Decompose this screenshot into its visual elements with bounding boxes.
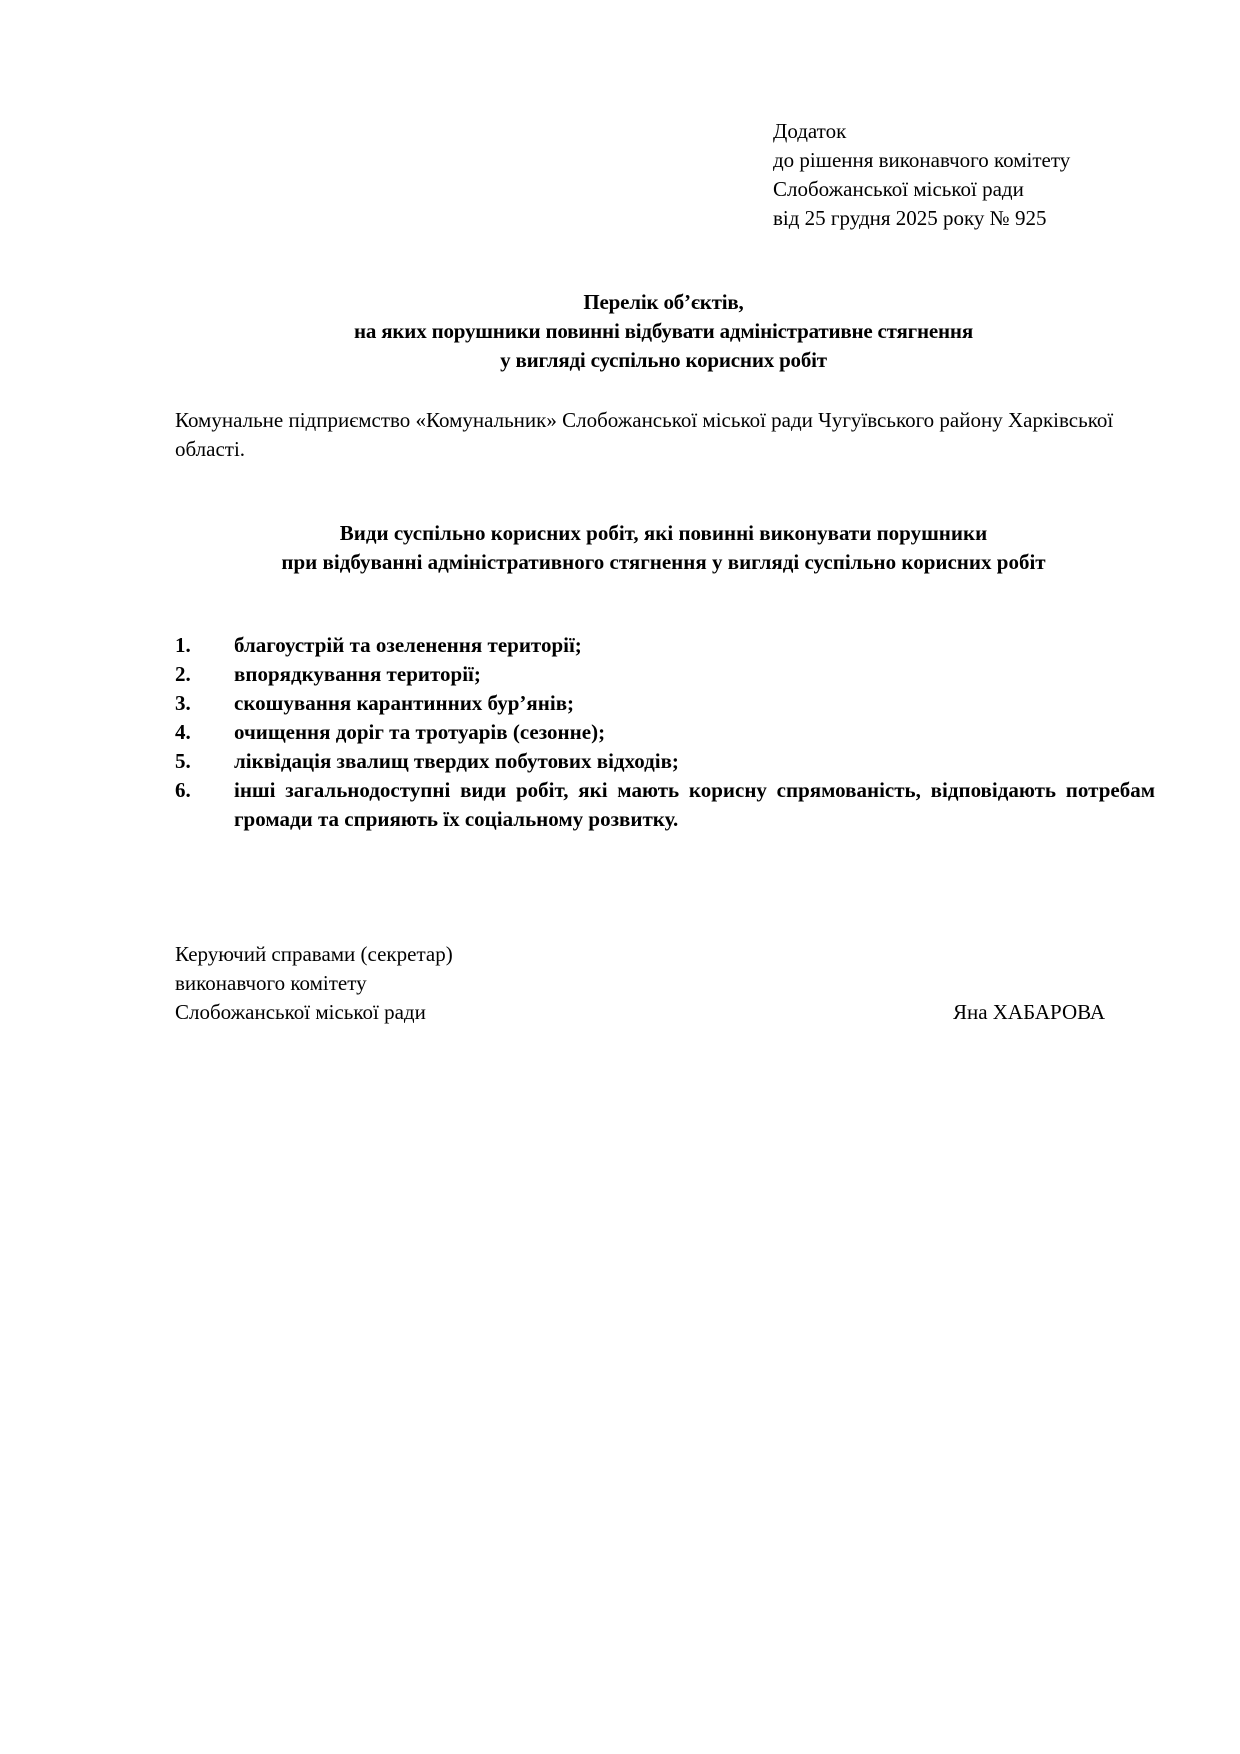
title-line-1: Перелік об’єктів, — [175, 288, 1152, 317]
appendix-council: Слобожанської міської ради — [773, 175, 1193, 204]
appendix-decision-ref: до рішення виконавчого комітету — [773, 146, 1193, 175]
subtitle-line-1-rest: суспільно корисних робіт, які повинні ви… — [389, 521, 988, 545]
title-line-2: на яких порушники повинні відбувати адмі… — [175, 317, 1152, 346]
list-item-text: скошування карантинних бур’янів; — [234, 689, 1155, 718]
list-item-number: 3. — [175, 689, 234, 718]
list-item-text: благоустрій та озеленення території; — [234, 631, 1155, 660]
document-title: Перелік об’єктів, на яких порушники пови… — [175, 288, 1152, 375]
appendix-label: Додаток — [773, 117, 1193, 146]
subtitle-line-1: Види суспільно корисних робіт, які повин… — [175, 519, 1152, 548]
list-item-text: очищення доріг та тротуарів (сезонне); — [234, 718, 1155, 747]
list-item: 4. очищення доріг та тротуарів (сезонне)… — [175, 718, 1155, 747]
list-item-number: 4. — [175, 718, 234, 747]
signature-block: Керуючий справами (секретар) виконавчого… — [175, 940, 1105, 1027]
title-line-3: у вигляді суспільно корисних робіт — [175, 346, 1152, 375]
appendix-date-number: від 25 грудня 2025 року № 925 — [773, 204, 1193, 233]
list-item: 5. ліквідація звалищ твердих побутових в… — [175, 747, 1155, 776]
list-item-text: інші загальнодоступні види робіт, які ма… — [234, 776, 1155, 834]
title-line-2-rest: порушники повинні відбувати адміністрати… — [427, 319, 973, 343]
list-item-number: 1. — [175, 631, 234, 660]
list-item: 1. благоустрій та озеленення території; — [175, 631, 1155, 660]
appendix-header: Додаток до рішення виконавчого комітету … — [773, 117, 1193, 233]
subtitle-line-2: при відбуванні адміністративного стягнен… — [175, 548, 1152, 577]
list-item-text: впорядкування території; — [234, 660, 1155, 689]
signatory-position-line-1: Керуючий справами (секретар) — [175, 940, 1105, 969]
work-types-heading: Види суспільно корисних робіт, які повин… — [175, 519, 1152, 577]
title-emphasis: на яких — [354, 319, 427, 343]
organization-name: Комунальне підприємство «Комунальник» Сл… — [175, 406, 1155, 464]
subtitle-emphasis: Види — [340, 521, 389, 545]
signatory-position-line-2: виконавчого комітету — [175, 969, 1105, 998]
list-item: 3. скошування карантинних бур’янів; — [175, 689, 1155, 718]
signatory-name: Яна ХАБАРОВА — [953, 998, 1105, 1027]
list-item: 2. впорядкування території; — [175, 660, 1155, 689]
list-item-text: ліквідація звалищ твердих побутових відх… — [234, 747, 1155, 776]
list-item: 6. інші загальнодоступні види робіт, які… — [175, 776, 1155, 834]
list-item-number: 5. — [175, 747, 234, 776]
signatory-position-line-3: Слобожанської міської ради — [175, 998, 426, 1027]
work-types-list: 1. благоустрій та озеленення території; … — [175, 631, 1155, 834]
list-item-number: 6. — [175, 776, 234, 805]
signature-row: Слобожанської міської ради Яна ХАБАРОВА — [175, 998, 1105, 1027]
list-item-number: 2. — [175, 660, 234, 689]
